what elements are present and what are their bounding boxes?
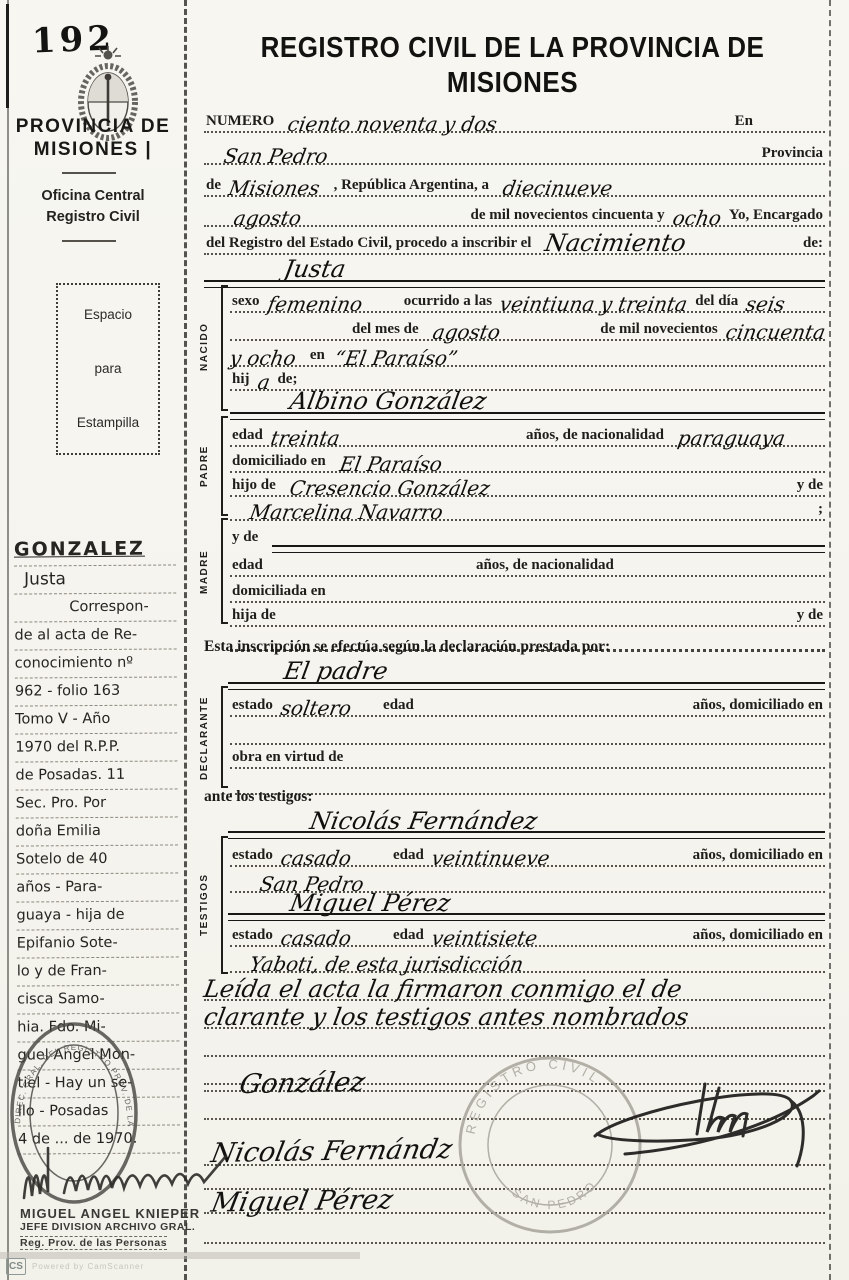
archivist-signature: [14, 1128, 239, 1218]
abuela-handwriting: Marcelina Navarro: [248, 503, 444, 521]
province-title: PROVINCIA DE MISIONES |: [8, 116, 178, 162]
numero-value-handwriting: ciento noventa y dos: [287, 115, 499, 133]
day-value-handwriting: seis: [745, 295, 787, 313]
yo-encargado-label: Yo, Encargado: [727, 208, 825, 223]
domicilio-label: domiciliada en: [230, 584, 328, 599]
witness2-domicilio-handwriting: Yaboti, de esta jurisdicción: [248, 955, 524, 973]
row-madre-y-de: y de: [230, 520, 825, 547]
archivist-title: JEFE DIVISION ARCHIVO GRAL.: [20, 1221, 250, 1233]
svg-text:REGISTRO CIVIL: REGISTRO CIVIL: [463, 1056, 604, 1135]
archivist-stamp: MIGUEL ANGEL KNIEPER JEFE DIVISION ARCHI…: [20, 1206, 250, 1251]
stamp-space-box: Espacio para Estampilla: [56, 283, 160, 455]
cs-logo-icon: CS: [6, 1258, 26, 1275]
row-empty: [230, 766, 825, 795]
witness1-name-handwriting: Nicolás Fernández: [308, 811, 539, 833]
closing-line2-handwriting: clarante y los testigos antes nombrados: [202, 1007, 690, 1029]
mes-label: del mes de: [350, 322, 421, 337]
domicilio-label: años, domiciliado en: [691, 928, 825, 943]
child-name-handwriting: Justa: [282, 259, 347, 281]
declarant-handwriting: El padre: [282, 661, 389, 683]
domicilio-label: años, domiciliado en: [691, 698, 825, 713]
section-label-padre: PADRE: [197, 420, 212, 512]
section-bracket: [221, 416, 227, 516]
declarant-signature: González: [237, 1067, 368, 1100]
archivist-name: MIGUEL ANGEL KNIEPER: [20, 1206, 250, 1221]
margin-line: guaya - hija de: [16, 901, 178, 930]
semicolon-label: ;: [816, 502, 825, 517]
sexo-value-handwriting: femenino: [266, 295, 363, 313]
margin-line: GONZALEZ: [14, 537, 176, 566]
y-de-label: y de: [230, 530, 260, 545]
ocurrido-label: ocurrido a las: [402, 294, 494, 309]
row-witness1-data: estado casado edad veintinueve años, dom…: [230, 838, 825, 867]
time-value-handwriting: veintiuna y treinta: [498, 295, 688, 313]
office-title: Oficina Central Registro Civil: [8, 186, 178, 228]
domicilio-label: domiciliado en: [230, 454, 328, 469]
row-province-date: de Misiones , República Argentina, a die…: [204, 168, 825, 197]
row-witness2-name: Miguel Pérez: [230, 886, 825, 913]
y-de-label: y de: [795, 608, 825, 623]
row-abuela: Marcelina Navarro ;: [230, 492, 825, 521]
province-title-line1: PROVINCIA DE: [8, 116, 178, 139]
date-day-handwriting: diecinueve: [501, 179, 614, 197]
edad-label: edad: [381, 698, 416, 713]
round-stamp-text: DIREC. GRAL. DEL REGISTRO PROV. DE LAS P…: [4, 1018, 135, 1127]
margin-line: de al acta de Re-: [14, 621, 176, 650]
dia-label: del día: [693, 294, 740, 309]
document-title: REGISTRO CIVIL DE LA PROVINCIA DE MISION…: [200, 30, 825, 99]
row-declarant: El padre: [204, 654, 825, 681]
edad-label: edad: [391, 848, 426, 863]
row-obra: obra en virtud de: [230, 740, 825, 769]
sexo-label: sexo: [230, 294, 262, 309]
sidebar-divider: [62, 172, 116, 174]
scanner-watermark: CS Powered by CamScanner: [6, 1258, 144, 1275]
hijo-de-label: hijo de: [230, 478, 278, 493]
stamp-space-line3: Estampilla: [58, 415, 158, 430]
row-father-name: Albino González: [230, 384, 825, 411]
year-suffix-handwriting: ocho: [671, 209, 722, 227]
office-line2: Registro Civil: [8, 207, 178, 228]
stamp-space-line2: para: [58, 361, 158, 376]
province-value-handwriting: Misiones: [227, 179, 321, 197]
row-closing1: Leída el acta la firmaron conmigo el de: [204, 972, 825, 1001]
margin-line: Epifanio Sote-: [17, 929, 179, 958]
nacionalidad-label: años, de nacionalidad: [474, 558, 616, 573]
row-witness1-name: Nicolás Fernández: [230, 804, 825, 831]
official-flourish-signature: [585, 1066, 830, 1184]
edad-label: edad: [391, 928, 426, 943]
witness1-signature: Nicolás Fernándz: [209, 1134, 455, 1169]
margin-line: Sotelo de 40: [16, 845, 178, 874]
row-numero: NUMERO ciento noventa y dos En: [204, 104, 825, 133]
stamp-space-line1: Espacio: [58, 307, 158, 322]
anio-label: de mil novecientos: [598, 322, 720, 337]
svg-text:DIREC. GRAL. DEL REGISTRO PROV: DIREC. GRAL. DEL REGISTRO PROV. DE LAS P…: [4, 1018, 135, 1127]
edad-label: edad: [230, 428, 265, 443]
closing-line1-handwriting: Leída el acta la firmaron conmigo el de: [202, 979, 683, 1001]
obra-label: obra en virtud de: [230, 750, 345, 765]
row-place: San Pedro Provincia: [204, 136, 825, 165]
section-label-testigos: TESTIGOS: [197, 840, 212, 970]
domicilio-label: años, domiciliado en: [691, 848, 825, 863]
margin-line: cisca Samo-: [17, 985, 179, 1014]
de-colon-label: de:: [801, 236, 825, 251]
margin-line: años - Para-: [16, 873, 178, 902]
row-madre-edad: edad años, de nacionalidad: [230, 548, 825, 577]
inscribe-label: del Registro del Estado Civil, procedo a…: [204, 236, 533, 251]
sun-icon: [104, 51, 113, 60]
province-title-line2: MISIONES |: [8, 139, 178, 162]
margin-line: Correspon-: [14, 593, 176, 622]
hija-de-label: hija de: [230, 608, 278, 623]
watermark-text: Powered by CamScanner: [32, 1262, 144, 1271]
row-witness2-domicilio: Yaboti, de esta jurisdicción: [230, 944, 825, 973]
section-bracket: [221, 518, 227, 624]
row-witness2-data: estado casado edad veintisiete años, dom…: [230, 918, 825, 947]
signature-line: [204, 1242, 825, 1244]
sidebar-divider: [62, 240, 116, 242]
sidebar-main-divider: [184, 0, 187, 1280]
margin-line: Tomo V - Año: [15, 705, 177, 734]
en-label: en: [308, 348, 327, 363]
estado-label: estado: [230, 848, 275, 863]
en-label: En: [733, 114, 755, 129]
margin-line: conocimiento nº: [15, 649, 177, 678]
office-line1: Oficina Central: [8, 186, 178, 207]
row-sexo: sexo femenino ocurrido a las veintiuna y…: [230, 284, 825, 313]
row-padre-edad: edad treinta años, de nacionalidad parag…: [230, 418, 825, 447]
year-prefix-label: de mil novecientos cincuenta y: [468, 208, 666, 223]
row-inscribe: del Registro del Estado Civil, procedo a…: [204, 226, 825, 255]
archivist-office: Reg. Prov. de las Personas: [20, 1236, 167, 1250]
margin-line: Justa: [14, 565, 176, 594]
place-value-handwriting: San Pedro: [222, 147, 329, 165]
nacionalidad-label: años, de nacionalidad: [524, 428, 666, 443]
de-label: de: [204, 178, 223, 193]
row-declarante-estado: estado soltero edad años, domiciliado en: [230, 688, 825, 717]
row-month-year: agosto de mil novecientos cincuenta y oc…: [204, 198, 825, 227]
stamp-top-text: REGISTRO CIVIL: [463, 1056, 604, 1135]
declarante-estado-handwriting: soltero: [279, 699, 352, 717]
margin-line: 1970 del R.P.P.: [15, 733, 177, 762]
margin-line: lo y de Fran-: [17, 957, 179, 986]
scanned-birth-certificate: 192 PROVINCIA DE MISIONES | Oficina Cent…: [0, 0, 849, 1280]
section-bracket: [221, 285, 227, 411]
margin-line: Sec. Pro. Por: [16, 789, 178, 818]
estado-label: estado: [230, 928, 275, 943]
estado-label: estado: [230, 698, 275, 713]
section-bracket: [221, 836, 227, 974]
row-closing2: clarante y los testigos antes nombrados: [204, 1000, 825, 1029]
date-month-handwriting: agosto: [232, 209, 302, 227]
margin-line: doña Emilia: [16, 817, 178, 846]
witness2-name-handwriting: Miguel Pérez: [288, 893, 452, 915]
row-child-name: Justa: [204, 252, 825, 279]
provincia-label: Provincia: [760, 146, 825, 161]
republica-label: , República Argentina, a: [332, 178, 491, 193]
father-name-handwriting: Albino González: [288, 391, 488, 413]
section-label-nacido: NACIDO: [197, 288, 212, 406]
page-left-edge-dark-segment: [6, 4, 9, 108]
numero-label: NUMERO: [204, 114, 276, 129]
edad-label: edad: [230, 558, 265, 573]
margin-line: 962 - folio 163: [15, 677, 177, 706]
section-bracket: [221, 686, 227, 788]
section-label-declarante: DECLARANTE: [197, 690, 212, 786]
section-label-madre: MADRE: [197, 522, 212, 622]
y-de-label: y de: [795, 478, 825, 493]
row-mes: del mes de agosto de mil novecientos cin…: [230, 312, 825, 341]
margin-line: de Posadas. 11: [15, 761, 177, 790]
